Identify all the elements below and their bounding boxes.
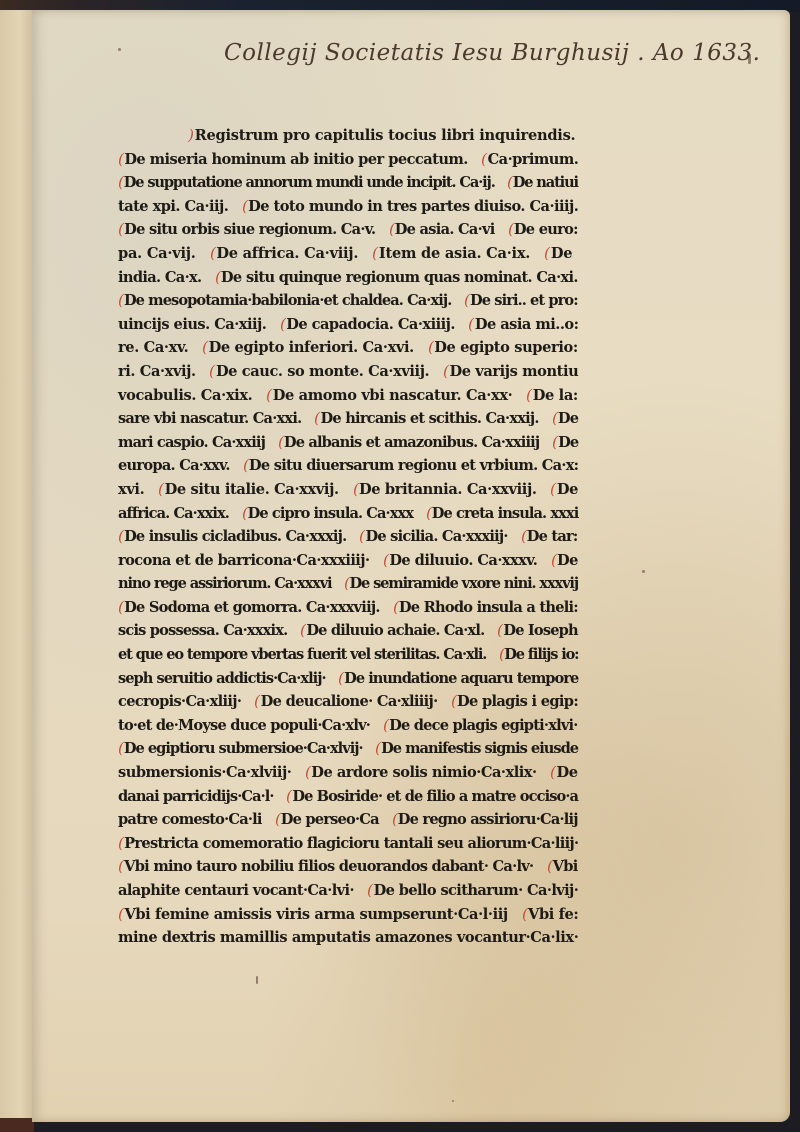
chapter-entry: De deucalione· Ca·xliiij· (261, 693, 438, 710)
chapter-entry: De albanis et amazonibus. Ca·xxiiij (284, 434, 539, 451)
register-line: (Vbi femine amissis viris arma sumpserun… (118, 903, 578, 927)
chapter-entry: De situ diuersarum regionu et vrbium. Ca… (249, 457, 578, 474)
chapter-entry: De Rhodo insula a theli: (399, 599, 578, 616)
chapter-entry: De diluuio achaie. Ca·xl. (306, 622, 484, 639)
register-line: pa. Ca·vij. (De affrica. Ca·viij. (Item … (118, 242, 578, 266)
chapter-entry: De situ quinque regionum quas nominat. C… (221, 269, 578, 286)
foxing-spot (256, 976, 258, 984)
chapter-entry: xvi. (118, 481, 144, 498)
chapter-entry: Vbi fe: (528, 906, 578, 923)
chapter-entry: De insulis cicladibus. Ca·xxxij. (124, 528, 346, 545)
register-line: (De supputatione annorum mundi unde inci… (118, 171, 578, 195)
register-line: india. Ca·x. (De situ quinque regionum q… (118, 266, 578, 290)
chapter-entry: De (557, 764, 578, 781)
register-line: et que eo tempore vbertas fuerit vel ste… (118, 643, 578, 667)
foxing-spot (452, 1100, 454, 1102)
register-text-block: )Registrum pro capitulis tocius libri in… (118, 124, 578, 950)
register-line: europa. Ca·xxv. (De situ diuersarum regi… (118, 454, 578, 478)
register-line: sare vbi nascatur. Ca·xxi. (De hircanis … (118, 407, 578, 431)
chapter-entry: De situ italie. Ca·xxvij. (165, 481, 339, 498)
chapter-entry: Vbi femine amissis viris arma sumpserunt… (124, 906, 507, 923)
register-line: danai parricidijs·Ca·l· (De Bosiride· et… (118, 785, 578, 809)
chapter-entry: De supputatione annorum mundi unde incip… (124, 174, 495, 191)
register-line: affrica. Ca·xxix. (De cipro insula. Ca·x… (118, 502, 578, 526)
chapter-entry: mari caspio. Ca·xxiij (118, 434, 265, 451)
chapter-entry: sare vbi nascatur. Ca·xxi. (118, 410, 301, 427)
heading-text: Registrum pro capitulis tocius libri inq… (195, 127, 576, 144)
chapter-entry: De asia mi..o: (475, 316, 579, 333)
register-line: cecropis·Ca·xliij· (De deucalione· Ca·xl… (118, 690, 578, 714)
provenance-inscription: Collegij Societatis Iesu Burghusij . Ao … (224, 40, 644, 66)
chapter-entry: vocabulis. Ca·xix. (118, 387, 252, 404)
chapter-entry: De egipto superio: (434, 339, 578, 356)
chapter-entry: De britannia. Ca·xxviij. (359, 481, 537, 498)
chapter-entry: De natiui (513, 174, 578, 191)
chapter-entry: seph seruitio addictis·Ca·xlij· (118, 670, 326, 687)
chapter-entry: rocona et de barricona·Ca·xxxiiij· (118, 552, 370, 569)
chapter-entry: De semiramide vxore nini. xxxvij (349, 575, 578, 592)
chapter-entry: De toto mundo in tres partes diuiso. Ca·… (248, 198, 578, 215)
register-line: rocona et de barricona·Ca·xxxiiij· (De d… (118, 549, 578, 573)
chapter-entry: scis possessa. Ca·xxxix. (118, 622, 287, 639)
chapter-entry: alaphite centauri vocant·Ca·lvi· (118, 882, 354, 899)
foxing-spot (118, 48, 121, 51)
register-line: xvi. (De situ italie. Ca·xxvij. (De brit… (118, 478, 578, 502)
register-line: alaphite centauri vocant·Ca·lvi· (De bel… (118, 879, 578, 903)
chapter-entry: De (558, 410, 578, 427)
chapter-entry: uincijs eius. Ca·xiij. (118, 316, 266, 333)
chapter-entry: De (557, 552, 578, 569)
register-heading: )Registrum pro capitulis tocius libri in… (118, 124, 578, 148)
chapter-entry: to·et de·Moyse duce populi·Ca·xlv· (118, 717, 370, 734)
chapter-entry: De perseo·Ca (281, 811, 379, 828)
chapter-entry: De filijs io: (504, 646, 578, 663)
register-line: scis possessa. Ca·xxxix. (De diluuio ach… (118, 619, 578, 643)
chapter-entry: De (557, 481, 578, 498)
chapter-entry: De situ orbis siue regionum. Ca·v. (124, 221, 375, 238)
register-line: (De miseria hominum ab initio per peccat… (118, 148, 578, 172)
register-line: mine dextris mamillis amputatis amazones… (118, 926, 578, 950)
chapter-entry: india. Ca·x. (118, 269, 201, 286)
chapter-entry: De siri.. et pro: (470, 292, 578, 309)
chapter-entry: De euro: (514, 221, 578, 238)
chapter-entry: affrica. Ca·xxix. (118, 505, 229, 522)
chapter-entry: De egipto inferiori. Ca·xvi. (209, 339, 414, 356)
chapter-entry: re. Ca·xv. (118, 339, 188, 356)
chapter-entry: De plagis i egip: (457, 693, 578, 710)
register-line: submersionis·Ca·xlviij· (De ardore solis… (118, 761, 578, 785)
chapter-entry: De tar: (527, 528, 578, 545)
chapter-entry: De Bosiride· et de filio a matre occiso·… (292, 788, 578, 805)
chapter-entry: De Ioseph (503, 622, 577, 639)
register-line: mari caspio. Ca·xxiij (De albanis et ama… (118, 431, 578, 455)
chapter-entry: De miseria hominum ab initio per peccatu… (124, 151, 468, 168)
chapter-entry: De la: (533, 387, 578, 404)
chapter-entry: De dece plagis egipti·xlvi· (389, 717, 577, 734)
register-lines: (De miseria hominum ab initio per peccat… (118, 148, 578, 950)
register-line: (De egiptioru submersioe·Ca·xlvij· (De m… (118, 737, 578, 761)
register-line: seph seruitio addictis·Ca·xlij· (De inun… (118, 667, 578, 691)
register-line: re. Ca·xv. (De egipto inferiori. Ca·xvi.… (118, 336, 578, 360)
chapter-entry: De varijs montiu (449, 363, 578, 380)
register-line: vocabulis. Ca·xix. (De amomo vbi nascatu… (118, 384, 578, 408)
register-line: patre comesto·Ca·li (De perseo·Ca (De re… (118, 808, 578, 832)
previous-leaf-edge (0, 10, 35, 1118)
register-line: (De insulis cicladibus. Ca·xxxij. (De si… (118, 525, 578, 549)
chapter-entry: patre comesto·Ca·li (118, 811, 262, 828)
chapter-entry: cecropis·Ca·xliij· (118, 693, 241, 710)
chapter-entry: Vbi (553, 858, 578, 875)
chapter-entry: mine dextris mamillis amputatis amazones… (118, 929, 578, 946)
chapter-entry: Item de asia. Ca·ix. (379, 245, 530, 262)
chapter-entry: De affrica. Ca·viij. (216, 245, 358, 262)
chapter-entry: De (558, 434, 578, 451)
chapter-entry: Ca·primum. (488, 151, 579, 168)
chapter-entry: De inundatione aquaru tempore (344, 670, 578, 687)
chapter-entry: De manifestis signis eiusde (381, 740, 578, 757)
chapter-entry: De (551, 245, 572, 262)
chapter-entry: tate xpi. Ca·iij. (118, 198, 228, 215)
chapter-entry: danai parricidijs·Ca·l· (118, 788, 274, 805)
register-line: (De situ orbis siue regionum. Ca·v. (De … (118, 218, 578, 242)
chapter-entry: De creta insula. xxxi (432, 505, 579, 522)
register-line: (Prestricta comemoratio flagicioru tanta… (118, 832, 578, 856)
foxing-spot (642, 570, 645, 573)
register-line: (Vbi mino tauro nobiliu filios deuorando… (118, 855, 578, 879)
chapter-entry: europa. Ca·xxv. (118, 457, 230, 474)
chapter-entry: pa. Ca·vij. (118, 245, 196, 262)
chapter-entry: De mesopotamia·babilonia·et chaldea. Ca·… (124, 292, 451, 309)
chapter-entry: Vbi mino tauro nobiliu filios deuorandos… (124, 858, 533, 875)
chapter-entry: De hircanis et scithis. Ca·xxij. (321, 410, 539, 427)
chapter-entry: De bello scitharum· Ca·lvij· (374, 882, 579, 899)
chapter-entry: De regno assirioru·Ca·lij (398, 811, 578, 828)
chapter-entry: De ardore solis nimio·Ca·xlix· (311, 764, 536, 781)
chapter-entry: De capadocia. Ca·xiiij. (286, 316, 455, 333)
chapter-entry: De Sodoma et gomorra. Ca·xxxviij. (124, 599, 380, 616)
chapter-entry: De cauc. so monte. Ca·xviij. (216, 363, 429, 380)
register-line: to·et de·Moyse duce populi·Ca·xlv· (De d… (118, 714, 578, 738)
register-line: tate xpi. Ca·iij. (De toto mundo in tres… (118, 195, 578, 219)
chapter-entry: ri. Ca·xvij. (118, 363, 196, 380)
chapter-entry: De asia. Ca·vi (395, 221, 495, 238)
chapter-entry: Prestricta comemoratio flagicioru tantal… (124, 835, 578, 852)
register-line: nino rege assiriorum. Ca·xxxvi (De semir… (118, 572, 578, 596)
chapter-entry: submersionis·Ca·xlviij· (118, 764, 291, 781)
chapter-entry: De sicilia. Ca·xxxiij· (366, 528, 508, 545)
register-line: ri. Ca·xvij. (De cauc. so monte. Ca·xvii… (118, 360, 578, 384)
chapter-entry: nino rege assiriorum. Ca·xxxvi (118, 575, 331, 592)
register-line: uincijs eius. Ca·xiij. (De capadocia. Ca… (118, 313, 578, 337)
chapter-entry: De cipro insula. Ca·xxx (248, 505, 413, 522)
chapter-entry: De diluuio. Ca·xxxv. (389, 552, 537, 569)
binding-edge (0, 1118, 34, 1132)
chapter-entry: et que eo tempore vbertas fuerit vel ste… (118, 646, 486, 663)
chapter-entry: De amomo vbi nascatur. Ca·xx· (273, 387, 513, 404)
chapter-entry: De egiptioru submersioe·Ca·xlvij· (124, 740, 363, 757)
register-line: (De Sodoma et gomorra. Ca·xxxviij. (De R… (118, 596, 578, 620)
register-line: (De mesopotamia·babilonia·et chaldea. Ca… (118, 289, 578, 313)
